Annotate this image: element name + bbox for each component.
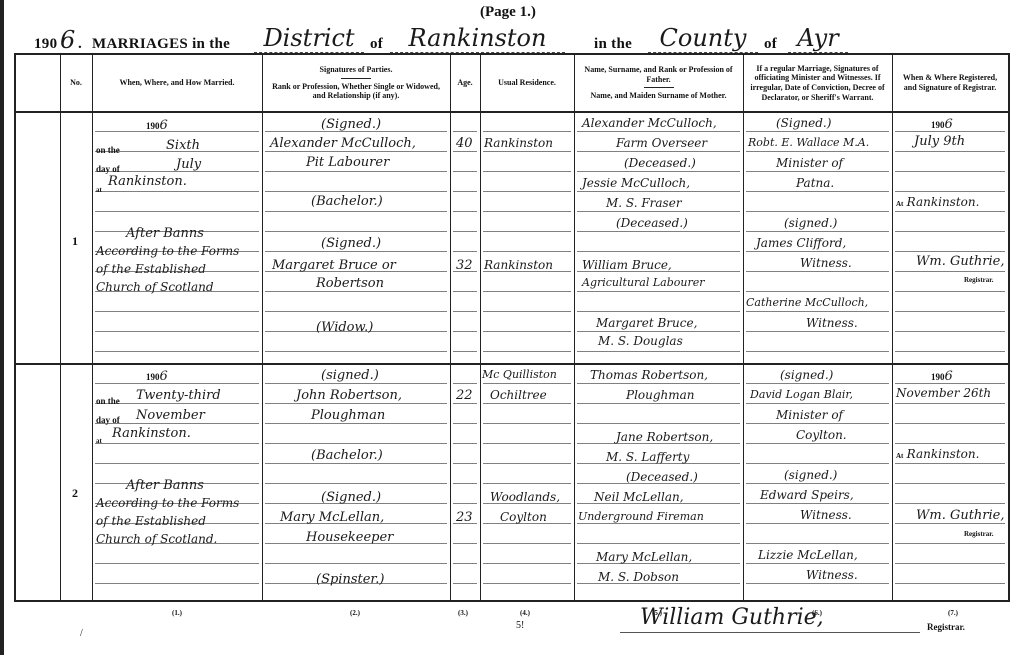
bride-age: 23 xyxy=(456,511,473,524)
groom-occupation: Ploughman xyxy=(311,409,385,422)
header-when-where: When, Where, and How Married. xyxy=(92,55,262,111)
groom-signed: (Signed.) xyxy=(321,118,381,131)
witness-1-signed: (signed.) xyxy=(784,217,837,229)
groom-mother: Jessie McCulloch, xyxy=(582,177,690,189)
minister-name: David Logan Blair, xyxy=(750,389,853,400)
groom-occupation: Pit Labourer xyxy=(306,156,389,169)
marriage-day: Twenty-third xyxy=(136,389,221,402)
page-label: (Page 1.) xyxy=(480,4,536,21)
witness-2-name: Catherine McCulloch, xyxy=(746,297,868,308)
groom-father-occupation: Ploughman xyxy=(626,389,695,401)
groom-age: 40 xyxy=(456,137,473,150)
bride-mother: Margaret Bruce, xyxy=(596,317,697,329)
witness-2-label: Witness. xyxy=(806,317,858,329)
bride-father-occupation: Underground Fireman xyxy=(578,511,704,522)
marriage-place: Rankinston. xyxy=(112,427,191,440)
district-name: Rankinston xyxy=(390,24,565,53)
witness-1-label: Witness. xyxy=(800,257,852,269)
entry-number: 1 xyxy=(72,235,78,247)
bride-status: (Spinster.) xyxy=(316,573,384,586)
bride-name: Margaret Bruce or xyxy=(272,259,396,272)
groom-father-status: (Deceased.) xyxy=(624,157,696,169)
reg-place: At Rankinston. xyxy=(896,447,979,460)
reg-year: 1906 xyxy=(931,117,953,131)
groom-mother: Jane Robertson, xyxy=(616,431,713,443)
entry-number: 2 xyxy=(72,487,78,499)
reg-date: November 26th xyxy=(896,387,991,399)
bride-residence-2: Coylton xyxy=(500,511,547,523)
how-married-line: According to the Forms xyxy=(96,497,239,509)
reg-year: 1906 xyxy=(931,369,953,383)
how-married-line: According to the Forms xyxy=(96,245,239,257)
marriage-month: November xyxy=(136,409,205,422)
registrar-label: Registrar. xyxy=(964,531,993,538)
bride-mother-maiden: M. S. Dobson xyxy=(598,571,679,583)
title-marriages: MARRIAGES in the xyxy=(92,36,230,53)
minister-name: Robt. E. Wallace M.A. xyxy=(748,137,869,148)
marriage-day: Sixth xyxy=(166,139,200,152)
witness-1-name: James Clifford, xyxy=(756,237,846,249)
of-label-1: of xyxy=(370,36,383,53)
header-registered: When & Where Registered, and Signature o… xyxy=(892,55,1008,111)
groom-father: Alexander McCulloch, xyxy=(582,117,717,129)
bride-father: Neil McLellan, xyxy=(594,491,684,503)
groom-name: John Robertson, xyxy=(296,389,402,402)
witness-2-name: Lizzie McLellan, xyxy=(758,549,858,561)
bride-residence: Rankinston xyxy=(484,259,553,271)
minister-parish: Coylton. xyxy=(796,429,847,441)
registrar-label: Registrar. xyxy=(927,622,965,632)
minister-title: Minister of xyxy=(776,409,843,421)
year-digit: 6 xyxy=(60,26,75,54)
bride-residence: Woodlands, xyxy=(490,491,560,503)
registrar-label: Registrar. xyxy=(964,277,993,284)
witness-2-label: Witness. xyxy=(806,569,858,581)
year-prefix: 190 xyxy=(34,36,57,53)
groom-mother-status: (Deceased.) xyxy=(626,471,698,483)
bride-occupation: Housekeeper xyxy=(306,531,393,544)
header-parties: Signatures of Parties. Rank or Professio… xyxy=(262,55,450,111)
minister-signed: (Signed.) xyxy=(776,117,831,129)
bride-name: Mary McLellan, xyxy=(280,511,384,524)
minister-signed: (signed.) xyxy=(780,369,833,381)
how-married-line: Church of Scotland. xyxy=(96,533,217,545)
bride-mother-maiden: M. S. Douglas xyxy=(598,335,683,347)
of-label-2: of xyxy=(764,36,777,53)
reg-signature: Wm. Guthrie, xyxy=(916,255,1005,268)
bride-signed: (Signed.) xyxy=(321,237,381,250)
witness-1-signed: (signed.) xyxy=(784,469,837,481)
bride-father: William Bruce, xyxy=(582,259,672,271)
bride-signed: (Signed.) xyxy=(321,491,381,504)
entry-year: 1906 xyxy=(146,369,168,383)
header-minister: If a regular Marriage, Signatures of off… xyxy=(743,55,892,111)
stray-mark: 5! xyxy=(516,620,524,631)
groom-name: Alexander McCulloch, xyxy=(270,137,416,150)
reg-date: July 9th xyxy=(914,135,965,148)
bride-mother: Mary McLellan, xyxy=(596,551,692,563)
how-married-line: Church of Scotland xyxy=(96,281,214,293)
groom-status: (Bachelor.) xyxy=(311,449,383,462)
registrar-signature: William Guthrie, xyxy=(640,605,824,630)
groom-residence: Rankinston xyxy=(484,137,553,149)
marriage-place: Rankinston. xyxy=(108,175,187,188)
bride-status: (Widow.) xyxy=(316,321,373,334)
groom-residence-2: Ochiltree xyxy=(490,389,547,401)
groom-father-occupation: Farm Overseer xyxy=(616,137,707,149)
header-residence: Usual Residence. xyxy=(480,55,574,111)
marriage-month: July xyxy=(176,158,201,171)
header-no: No. xyxy=(60,55,92,111)
bride-name-2: Robertson xyxy=(316,277,384,290)
scan-edge xyxy=(0,0,4,655)
district-word: District xyxy=(254,24,364,53)
groom-age: 22 xyxy=(456,389,473,402)
groom-residence: Mc Quilliston xyxy=(482,369,557,380)
witness-1-label: Witness. xyxy=(800,509,852,521)
groom-father: Thomas Robertson, xyxy=(590,369,708,381)
how-married-line: of the Established xyxy=(96,515,206,527)
stray-tick: / xyxy=(80,628,83,639)
groom-mother-status: (Deceased.) xyxy=(616,217,688,229)
how-married-line: After Banns xyxy=(126,227,204,240)
county-name: Ayr xyxy=(788,24,848,53)
reg-place: At Rankinston. xyxy=(896,195,979,208)
marriage-register-table: No. When, Where, and How Married. Signat… xyxy=(14,53,1010,602)
how-married-line: of the Established xyxy=(96,263,206,275)
in-the-label: in the xyxy=(594,36,632,53)
bride-father-occupation: Agricultural Labourer xyxy=(582,277,705,288)
groom-mother-maiden: M. S. Lafferty xyxy=(606,451,689,463)
how-married-line: After Banns xyxy=(126,479,204,492)
minister-parish: Patna. xyxy=(796,177,834,189)
minister-title: Minister of xyxy=(776,157,843,169)
groom-signed: (signed.) xyxy=(321,369,379,382)
groom-mother-maiden: M. S. Fraser xyxy=(606,197,682,209)
bride-age: 32 xyxy=(456,259,473,272)
witness-1-name: Edward Speirs, xyxy=(760,489,854,501)
county-word: County xyxy=(648,24,758,53)
signature-line xyxy=(620,632,920,633)
header-parents: Name, Surname, and Rank or Profession of… xyxy=(574,55,743,111)
header-age: Age. xyxy=(450,55,480,111)
entry-year: 1906 xyxy=(146,118,168,132)
reg-signature: Wm. Guthrie, xyxy=(916,509,1005,522)
groom-status: (Bachelor.) xyxy=(311,195,383,208)
